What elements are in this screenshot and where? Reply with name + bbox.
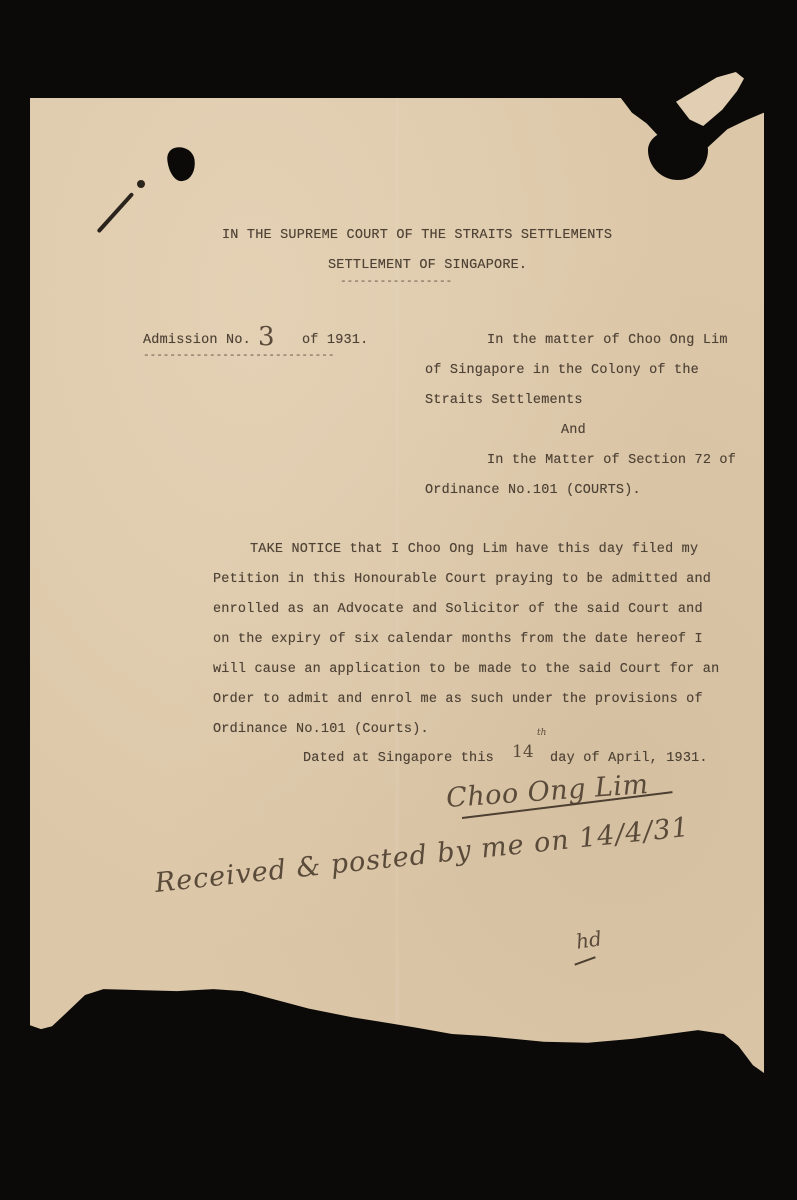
admission-label: Admission No. bbox=[143, 333, 251, 348]
notice-line-5: will cause an application to be made to … bbox=[213, 662, 719, 677]
annotation-initials: hd bbox=[574, 926, 603, 953]
dated-prefix: Dated at Singapore this bbox=[303, 751, 494, 766]
torn-corner-flap bbox=[676, 72, 744, 126]
notice-line-4: on the expiry of six calendar months fro… bbox=[213, 632, 703, 647]
notice-line-6: Order to admit and enrol me as such unde… bbox=[213, 692, 703, 707]
admission-number: 3 bbox=[258, 322, 275, 352]
notice-line-3: enrolled as an Advocate and Solicitor of… bbox=[213, 602, 703, 617]
admission-year: of 1931. bbox=[302, 333, 368, 348]
admission-rule: ----------------------------- bbox=[143, 350, 334, 362]
matter-line-3: Straits Settlements bbox=[425, 393, 583, 408]
matter-line-5: In the Matter of Section 72 of bbox=[487, 453, 736, 468]
matter-and: And bbox=[561, 423, 586, 438]
heading-rule: ----------------- bbox=[340, 276, 452, 288]
dated-day: 14 bbox=[512, 742, 534, 762]
settlement-heading: SETTLEMENT OF SINGAPORE. bbox=[328, 258, 527, 273]
notice-line-7: Ordinance No.101 (Courts). bbox=[213, 722, 429, 737]
matter-line-2: of Singapore in the Colony of the bbox=[425, 363, 699, 378]
matter-line-6: Ordinance No.101 (COURTS). bbox=[425, 483, 641, 498]
scan-background: IN THE SUPREME COURT OF THE STRAITS SETT… bbox=[0, 0, 797, 1200]
pin-stain-head bbox=[137, 180, 145, 188]
dated-suffix: day of April, 1931. bbox=[550, 751, 708, 766]
court-heading: IN THE SUPREME COURT OF THE STRAITS SETT… bbox=[222, 228, 612, 243]
matter-line-1: In the matter of Choo Ong Lim bbox=[487, 333, 728, 348]
dated-day-suffix: th bbox=[537, 728, 546, 738]
notice-line-1: TAKE NOTICE that I Choo Ong Lim have thi… bbox=[250, 542, 698, 557]
notice-line-2: Petition in this Honourable Court prayin… bbox=[213, 572, 711, 587]
